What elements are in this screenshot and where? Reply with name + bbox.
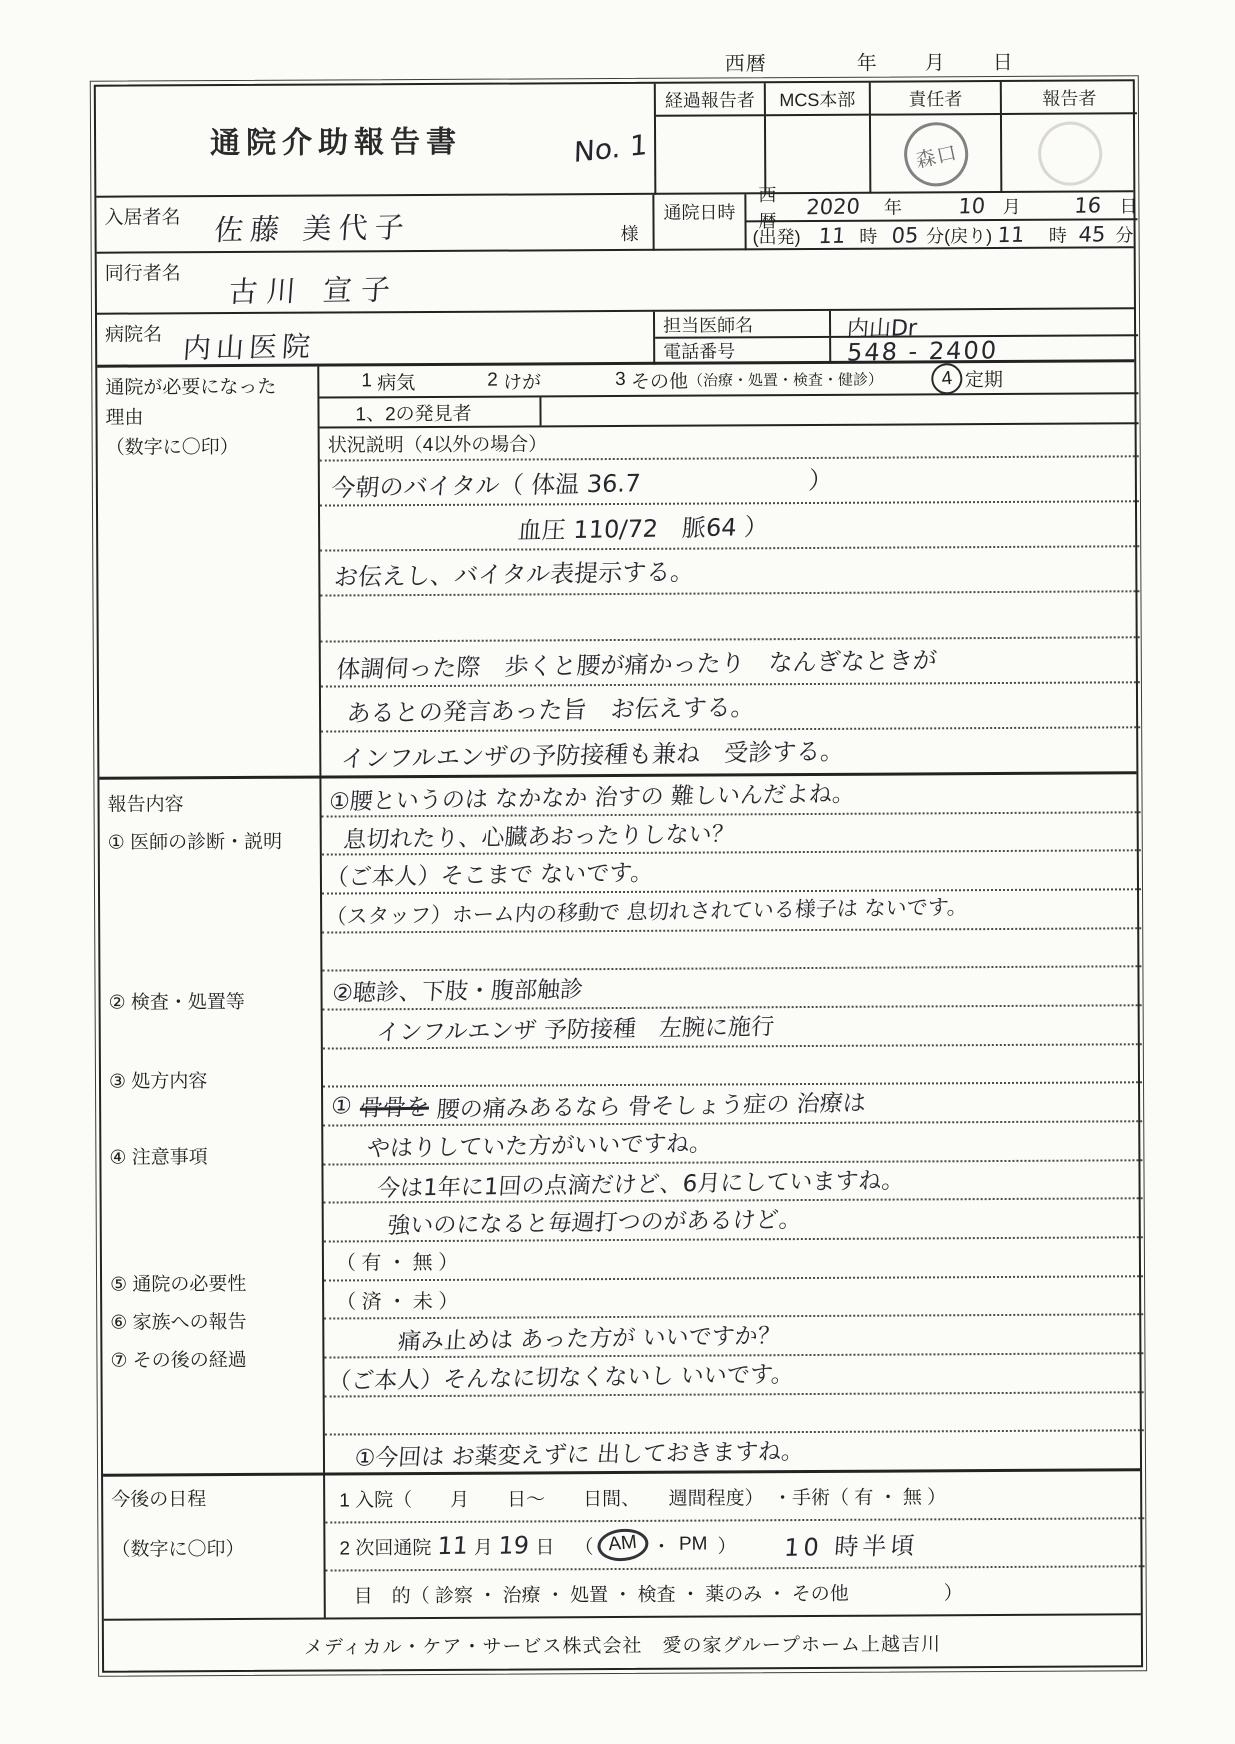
month-label: 月 (1003, 193, 1021, 219)
situation-line: 体調伺った際 歩くと腰が痛かったり なんぎなときが (321, 638, 1140, 687)
day-label: 日 (535, 1532, 554, 1559)
min-label: 分 (926, 222, 944, 248)
reason-label-3: （数字に〇印） (106, 433, 318, 464)
scan-area: 西暦 年 月 日 通院介助報告書 No. 1 経過報告者 MCS本部 責任者 森… (0, 0, 1235, 1744)
next-visit-month-value: 11 (436, 1532, 469, 1560)
situation-line (320, 593, 1139, 642)
reason-label-2: 理由 (105, 403, 317, 434)
year-label: 年 (884, 194, 902, 220)
reason-option-3: 3 その他 （治療・処置・検査・健診） (615, 365, 883, 393)
option-text: 病気 (377, 368, 415, 395)
report-item-6: ⑥ 家族への報告 (110, 1307, 246, 1335)
footer-row: メディカル・ケア・サービス株式会社 愛の家グループホーム上越吉川 (104, 1615, 1141, 1672)
report-item-3: ③ 処方内容 (109, 1066, 207, 1094)
situation-line: 血圧 110/72 脈64 ） (320, 502, 1139, 551)
resident-name-value: 佐藤 美代子 (213, 205, 412, 249)
next-visit-label: 2 次回通院 (339, 1532, 431, 1559)
option-text: その他 (631, 366, 688, 393)
approval-col-keika: 経過報告者 (654, 83, 765, 195)
report-line: ①今回は お薬変えずに 出しておきますね。 (325, 1432, 1144, 1473)
situation-line: インフルエンザの予防接種も兼ね 受診する。 (321, 728, 1140, 775)
report-label: 報告内容 (107, 789, 183, 816)
option-number: 4 (940, 367, 953, 390)
phone-label: 電話番号 (655, 338, 831, 363)
report-line: インフルエンザ 予防接種 左腕に施行 (323, 1006, 1142, 1049)
resident-label: 入居者名 (104, 202, 180, 229)
manager-hanko-stamp: 森口 (898, 116, 974, 192)
approval-header: 責任者 (871, 82, 1000, 116)
report-line: やはりしていた方がいいですね。 (323, 1122, 1142, 1165)
option-text: けが (503, 367, 541, 394)
reason-label-column: 通院が必要になった 理由 （数字に〇印） (97, 367, 321, 777)
companion-name-value: 古川 宣子 (227, 267, 400, 311)
phone-row: 電話番号 548 - 2400 (655, 336, 1138, 363)
company-name: メディカル・ケア・サービス株式会社 愛の家グループホーム上越吉川 (304, 1629, 941, 1659)
reason-option-1: 1 病気 (361, 368, 415, 395)
month-label: 月 (474, 1532, 493, 1559)
approval-col-manager: 責任者 森口 (869, 82, 1001, 194)
reason-option-2: 2 けが (487, 367, 541, 394)
report-label-column: 報告内容 ① 医師の診断・説明 ② 検査・処置等 ③ 処方内容 ④ 注意事項 ⑤… (99, 779, 325, 1474)
doctor-label: 担当医師名 (655, 311, 831, 337)
scanned-report-sheet: 西暦 年 月 日 通院介助報告書 No. 1 経過報告者 MCS本部 責任者 森… (0, 0, 1235, 1744)
depart-label: (出発) (753, 223, 801, 249)
am-circle-mark: AM (596, 1527, 649, 1564)
am-option: AM (607, 1532, 637, 1556)
report-line: 強いのになると毎週打つのがあるけど。 (324, 1200, 1143, 1243)
top-date-year: 年 (857, 47, 878, 76)
hospital-cell: 病院名 内山医院 (97, 312, 655, 368)
return-min-value: 45 (1078, 222, 1106, 246)
situation-label: 状況説明（4以外の場合） (320, 424, 1139, 461)
reason-content: 1 病気 2 けが 3 その他 （治療・処置・検査・健診） 4 定期 (319, 362, 1140, 775)
finder-row: 1、2の発見者 (319, 394, 1138, 428)
report-line: 息切れたり、心臓あおったりしない？ (322, 813, 1141, 856)
hospital-name-value: 内山医院 (182, 325, 317, 367)
situation-lines: 今朝のバイタル（ 体温 36.7 ） 血圧 110/72 脈64 ） お伝えし、… (320, 457, 1141, 775)
hour-label: 時 (1049, 222, 1067, 248)
approval-stamp-box: 森口 (871, 115, 1000, 194)
header-band: 通院介助報告書 No. 1 経過報告者 MCS本部 責任者 森口 報告者 (96, 81, 1134, 197)
situation-line: あるとの発言あった旨 お伝えする。 (321, 683, 1140, 732)
report-lines: ①腰というのは なかなか 治すの 難しいんだよね。 息切れたり、心臓あおったりし… (321, 774, 1144, 1472)
hospital-row: 病院名 内山医院 担当医師名 内山Dr 電話番号 548 - 2400 (97, 309, 1134, 367)
visit-day-value: 16 (1074, 193, 1102, 217)
top-date-line: 西暦 年 月 日 (725, 46, 1025, 48)
visit-month-value: 10 (957, 194, 985, 218)
top-date-day: 日 (993, 46, 1014, 75)
report-form: 通院介助報告書 No. 1 経過報告者 MCS本部 責任者 森口 報告者 (94, 79, 1143, 1672)
option-number: 2 (487, 370, 498, 392)
top-date-month: 月 (925, 46, 946, 75)
report-item-5: ⑤ 通院の必要性 (110, 1269, 246, 1297)
schedule-label-column: 今後の日程 （数字に〇印） (103, 1476, 326, 1619)
hospital-label: 病院名 (105, 319, 162, 346)
approval-header: MCS本部 (766, 83, 869, 117)
approval-header: 経過報告者 (656, 83, 764, 117)
page-title: 通院介助報告書 (96, 116, 576, 163)
report-line (323, 1045, 1142, 1088)
approval-col-reporter: 報告者 (1000, 81, 1138, 193)
option-text: 定期 (965, 364, 1003, 391)
schedule-lines: 1 入院（ 月 日～ 日間、 週間程度） ・手術（ 有 ・ 無 ） 2 次回通院… (325, 1471, 1145, 1617)
visit-datetime-values: 西暦 2020 年 10 月 16 日 (出発) 11 時 05 分 (戻り) … (746, 192, 1137, 250)
report-line: （ご本人）そんなに切なくないし いいです。 (324, 1354, 1143, 1397)
depart-min-value: 05 (890, 223, 918, 247)
approval-stamp-box (656, 116, 764, 195)
finder-label: 1、2の発見者 (319, 397, 541, 426)
family-report-options: （ 済 ・ 未 ） (324, 1277, 1143, 1320)
pm-option: PM (679, 1534, 708, 1556)
next-visit-time-value: 10 時半頃 (783, 1525, 920, 1562)
report-line-with-strikethrough: ① 骨骨を 腰の痛みあるなら 骨そしょう症の 治療は (323, 1084, 1142, 1127)
circle-mark: 4 (930, 361, 964, 395)
visit-time-row: (出発) 11 時 05 分 (戻り) 11 時 45 分 (747, 220, 1138, 250)
visit-year-value: 2020 (806, 194, 861, 219)
depart-hour-value: 11 (818, 224, 846, 248)
reason-label-1: 通院が必要になった (105, 373, 317, 404)
schedule-section: 今後の日程 （数字に〇印） 1 入院（ 月 日～ 日間、 週間程度） ・手術（ … (103, 1471, 1141, 1620)
hospitalization-row: 1 入院（ 月 日～ 日間、 週間程度） ・手術（ 有 ・ 無 ） (325, 1471, 1144, 1523)
visit-date-row: 西暦 2020 年 10 月 16 日 (746, 192, 1137, 222)
return-hour-value: 11 (997, 223, 1025, 247)
honorific-sama: 様 (620, 220, 638, 246)
visit-datetime-label: 通院日時 (654, 194, 746, 250)
reason-option-4-circled: 4 定期 (931, 362, 1003, 393)
report-line: （ご本人）そこまで ないです。 (322, 852, 1141, 895)
report-section: 報告内容 ① 医師の診断・説明 ② 検査・処置等 ③ 処方内容 ④ 注意事項 ⑤… (99, 774, 1140, 1476)
report-line: ②聴診、下肢・腹部触診 (322, 968, 1141, 1011)
schedule-label: 今後の日程 (111, 1484, 206, 1511)
return-label: (戻り) (944, 222, 992, 248)
companion-row: 同行者名 古川 宣子 (97, 248, 1134, 314)
report-line: ①腰というのは なかなか 治すの 難しいんだよね。 (321, 774, 1140, 817)
approval-stamp-box (1002, 114, 1137, 193)
companion-label: 同行者名 (105, 258, 181, 285)
struck-text: 骨骨を (359, 1089, 430, 1123)
report-item-4: ④ 注意事項 (109, 1142, 207, 1170)
resident-row: 入居者名 佐藤 美代子 様 通院日時 西暦 2020 年 10 月 16 日 (… (96, 192, 1133, 253)
approval-col-mcs: MCS本部 (764, 83, 870, 195)
report-item-2: ② 検査・処置等 (109, 987, 245, 1015)
purpose-row: 目 的（ 診察 ・ 治療 ・ 処置 ・ 検査 ・ 薬のみ ・ その他 ） (326, 1567, 1145, 1617)
doctor-row: 担当医師名 内山Dr (655, 309, 1138, 339)
report-item-7: ⑦ その後の経過 (110, 1345, 246, 1373)
day-label: 日 (1119, 192, 1137, 218)
title-cell: 通院介助報告書 No. 1 (96, 84, 655, 198)
top-date-era: 西暦 (725, 47, 767, 76)
report-line: 痛み止めは あった方が いいですか？ (324, 1316, 1143, 1359)
schedule-sublabel: （数字に〇印） (111, 1534, 244, 1562)
report-line: （スタッフ）ホーム内の移動で 息切れされている様子は ないです。 (322, 890, 1141, 933)
report-line (325, 1393, 1144, 1436)
report-line: 今は1年に1回の点滴だけど、6月にしていますね。 (323, 1161, 1142, 1204)
option-subtext: （治療・処置・検査・健診） (688, 368, 883, 390)
next-visit-day-value: 19 (498, 1531, 531, 1559)
report-line (322, 929, 1141, 972)
reason-options-row: 1 病気 2 けが 3 その他 （治療・処置・検査・健診） 4 定期 (319, 362, 1138, 398)
situation-line: 今朝のバイタル（ 体温 36.7 ） (320, 457, 1139, 506)
availability-options: （ 有 ・ 無 ） (324, 1238, 1143, 1281)
report-item-1: ① 医師の診断・説明 (108, 827, 282, 855)
doc-number: No. 1 (573, 128, 648, 169)
reporter-hanko-stamp (1032, 116, 1108, 192)
next-visit-row: 2 次回通院 11 月 19 日 （ AM ・ PM ） 10 時半頃 (325, 1519, 1144, 1571)
option-number: 3 (615, 369, 626, 391)
reason-section: 通院が必要になった 理由 （数字に〇印） 1 病気 2 けが (97, 362, 1136, 779)
situation-line: お伝えし、バイタル表提示する。 (320, 548, 1139, 597)
resident-cell: 入居者名 佐藤 美代子 様 (96, 195, 654, 254)
min-label: 分 (1115, 221, 1133, 247)
approval-header: 報告者 (1002, 81, 1137, 115)
hour-label: 時 (859, 223, 877, 249)
circled-number: ① (330, 1093, 353, 1119)
option-number: 1 (361, 370, 372, 392)
